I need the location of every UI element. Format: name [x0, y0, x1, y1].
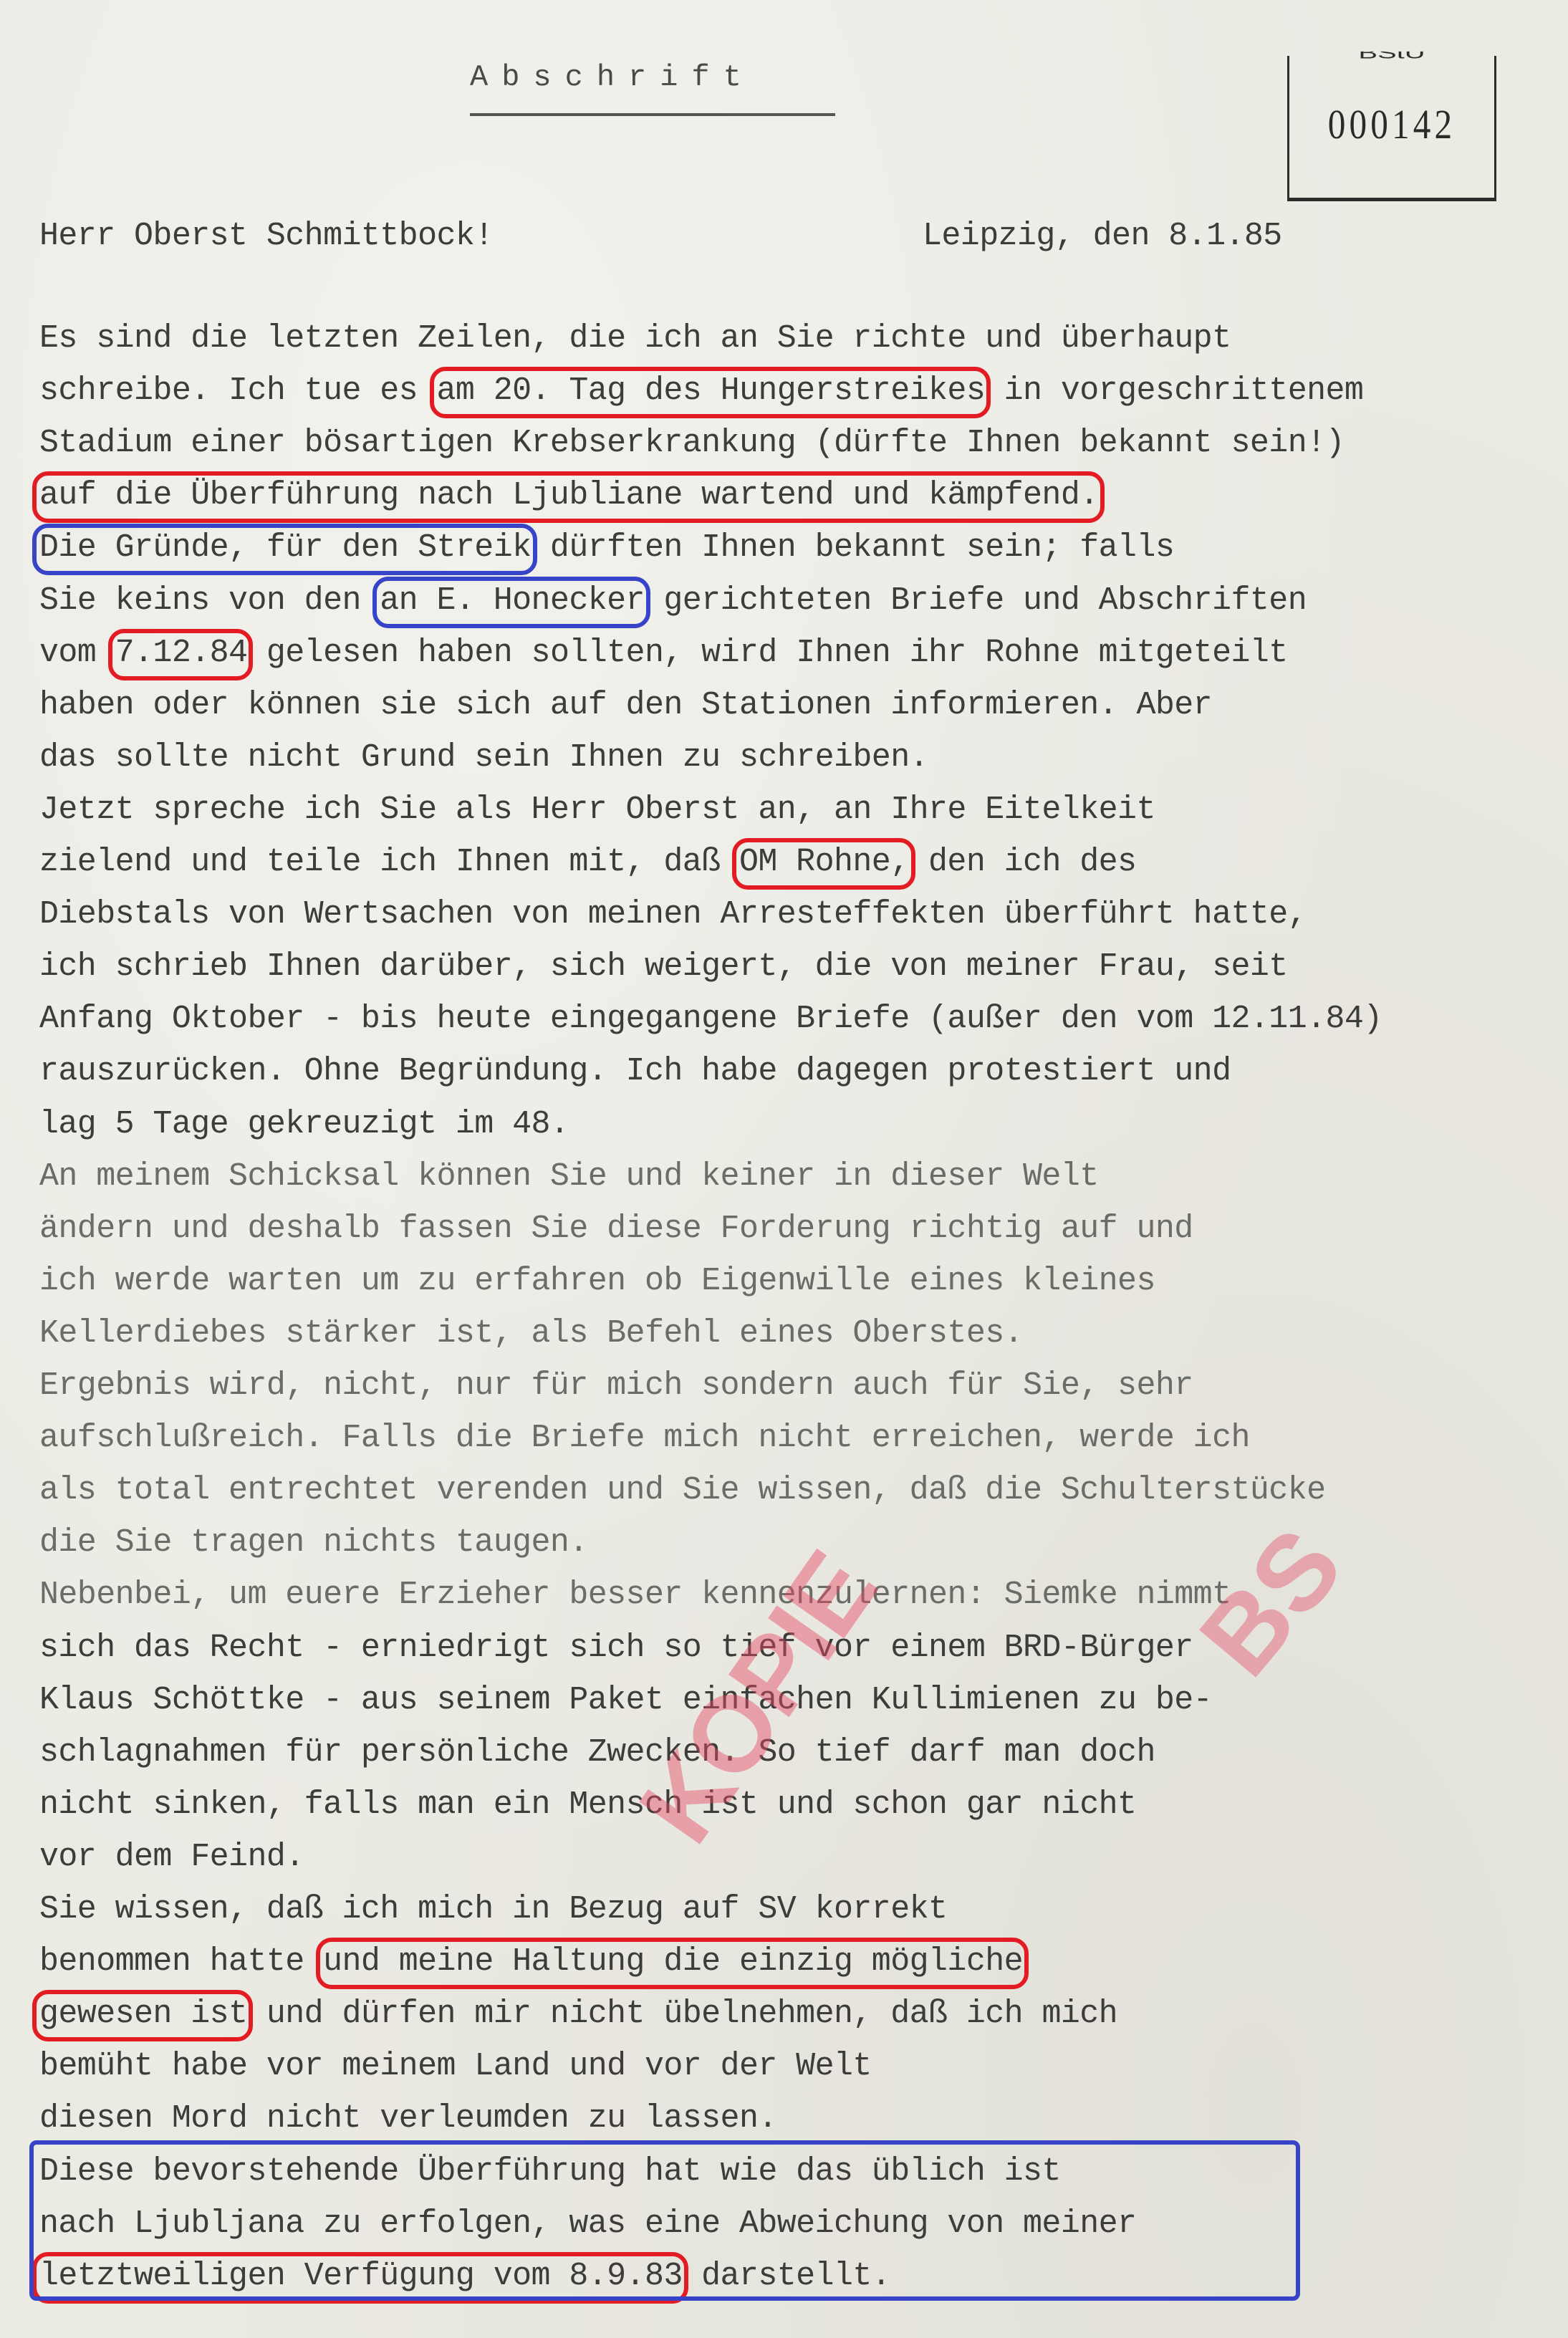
letter-line: Jetzt spreche ich Sie als Herr Oberst an… — [39, 789, 1155, 832]
line-text: aufschlußreich. Falls die Briefe mich ni… — [39, 1420, 1250, 1456]
line-text: schlagnahmen für persönliche Zwecken. So… — [39, 1734, 1155, 1771]
letter-line: rauszurücken. Ohne Begründung. Ich habe … — [39, 1050, 1231, 1093]
letter-line: ändern und deshalb fassen Sie diese Ford… — [39, 1208, 1193, 1251]
line-text: rauszurücken. Ohne Begründung. Ich habe … — [39, 1053, 1231, 1089]
line-text: zielend und teile ich Ihnen mit, daß — [39, 844, 739, 880]
letter-line: vom 7.12.84 gelesen haben sollten, wird … — [39, 632, 1288, 675]
letter-line: haben oder können sie sich auf den Stati… — [39, 684, 1212, 727]
letter-line: die Sie tragen nichts taugen. — [39, 1521, 588, 1564]
line-text: ändern und deshalb fassen Sie diese Ford… — [39, 1211, 1193, 1247]
line-text: vor dem Feind. — [39, 1839, 304, 1875]
letter-line: vor dem Feind. — [39, 1836, 304, 1879]
line-text: benommen hatte — [39, 1943, 323, 1980]
line-text: gelesen haben sollten, wird Ihnen ihr Ro… — [247, 635, 1287, 671]
letter-line: lag 5 Tage gekreuzigt im 48. — [39, 1103, 569, 1146]
line-text: und dürfen mir nicht übelnehmen, daß ich… — [247, 1996, 1117, 2032]
letter-line: Diebstals von Wertsachen von meinen Arre… — [39, 893, 1307, 936]
heading-underline — [470, 113, 835, 116]
line-text: Ergebnis wird, nicht, nur für mich sonde… — [39, 1367, 1193, 1404]
line-text: vom — [39, 635, 115, 671]
highlighted-phrase-red: und meine Haltung die einzig mögliche — [323, 1940, 1023, 1983]
highlighted-phrase-blue: Die Gründe, für den Streik — [39, 526, 532, 569]
line-text: in vorgeschrittenem — [985, 372, 1363, 409]
letter-line: nicht sinken, falls man ein Mensch ist u… — [39, 1784, 1136, 1827]
line-text: bemüht habe vor meinem Land und vor der … — [39, 2048, 872, 2084]
letter-line: Kellerdiebes stärker ist, als Befehl ein… — [39, 1312, 1023, 1355]
letter-line: benommen hatte und meine Haltung die ein… — [39, 1940, 1023, 1983]
line-text: gerichteten Briefe und Abschriften — [645, 582, 1307, 619]
highlighted-phrase-red: OM Rohne, — [739, 841, 910, 884]
line-text: Es sind die letzten Zeilen, die ich an S… — [39, 320, 1231, 357]
letter-line: Ergebnis wird, nicht, nur für mich sonde… — [39, 1365, 1193, 1408]
line-text: lag 5 Tage gekreuzigt im 48. — [39, 1106, 569, 1142]
line-text: Sie wissen, daß ich mich in Bezug auf SV… — [39, 1891, 947, 1928]
line-text: schreibe. Ich tue es — [39, 372, 437, 409]
document-page: Abschrift BStU 000142 Herr Oberst Schmit… — [0, 0, 1568, 2338]
letter-line: diesen Mord nicht verleumden zu lassen. — [39, 2097, 777, 2140]
highlighted-phrase-red: auf die Überführung nach Ljubliane warte… — [39, 474, 1099, 517]
letter-line: aufschlußreich. Falls die Briefe mich ni… — [39, 1417, 1250, 1460]
line-text: Stadium einer bösartigen Krebserkrankung… — [39, 425, 1345, 461]
archive-stamp-label: BStU — [1289, 44, 1494, 62]
letter-line: Klaus Schöttke - aus seinem Paket einfac… — [39, 1679, 1212, 1722]
letter-line: auf die Überführung nach Ljubliane warte… — [39, 474, 1099, 517]
letter-line: schlagnahmen für persönliche Zwecken. So… — [39, 1731, 1155, 1774]
line-text: Jetzt spreche ich Sie als Herr Oberst an… — [39, 792, 1155, 828]
line-text: dürften Ihnen bekannt sein; falls — [532, 529, 1175, 566]
letter-line: ich schrieb Ihnen darüber, sich weigert,… — [39, 946, 1288, 988]
salutation: Herr Oberst Schmittbock! — [39, 215, 494, 258]
line-text: das sollte nicht Grund sein Ihnen zu sch… — [39, 739, 928, 776]
line-text: Diebstals von Wertsachen von meinen Arre… — [39, 896, 1307, 933]
highlight-block-blue — [29, 2140, 1300, 2301]
line-text: diesen Mord nicht verleumden zu lassen. — [39, 2100, 777, 2137]
line-text: An meinem Schicksal können Sie und keine… — [39, 1158, 1099, 1195]
letter-line: Nebenbei, um euere Erzieher besser kenne… — [39, 1574, 1231, 1617]
letter-line: gewesen ist und dürfen mir nicht übelneh… — [39, 1993, 1117, 2036]
highlighted-phrase-red: gewesen ist — [39, 1993, 247, 2036]
line-text: Klaus Schöttke - aus seinem Paket einfac… — [39, 1682, 1212, 1718]
letter-line: Sie wissen, daß ich mich in Bezug auf SV… — [39, 1888, 947, 1931]
line-text: ich schrieb Ihnen darüber, sich weigert,… — [39, 948, 1288, 985]
line-text: die Sie tragen nichts taugen. — [39, 1524, 588, 1561]
archive-stamp-box: BStU 000142 — [1287, 56, 1496, 201]
line-text: Nebenbei, um euere Erzieher besser kenne… — [39, 1577, 1231, 1613]
copy-stamp-fragment: BS — [1175, 1505, 1366, 1699]
line-text: als total entrechtet verenden und Sie wi… — [39, 1472, 1326, 1509]
letter-line: das sollte nicht Grund sein Ihnen zu sch… — [39, 736, 928, 779]
letter-line: ich werde warten um zu erfahren ob Eigen… — [39, 1260, 1155, 1303]
highlighted-phrase-blue: an E. Honecker — [380, 579, 645, 622]
line-text: nicht sinken, falls man ein Mensch ist u… — [39, 1786, 1136, 1823]
place-date: Leipzig, den 8.1.85 — [923, 215, 1282, 258]
letter-line: Es sind die letzten Zeilen, die ich an S… — [39, 317, 1231, 360]
line-text: ich werde warten um zu erfahren ob Eigen… — [39, 1263, 1155, 1299]
line-text: Anfang Oktober - bis heute eingegangene … — [39, 1001, 1382, 1037]
letter-line: schreibe. Ich tue es am 20. Tag des Hung… — [39, 370, 1363, 413]
letter-line: sich das Recht - erniedrigt sich so tief… — [39, 1627, 1193, 1670]
highlighted-phrase-red: am 20. Tag des Hungerstreikes — [437, 370, 986, 413]
archive-page-number: 000142 — [1304, 100, 1478, 148]
letter-line: Anfang Oktober - bis heute eingegangene … — [39, 998, 1382, 1041]
letter-line: bemüht habe vor meinem Land und vor der … — [39, 2045, 872, 2088]
line-text: haben oder können sie sich auf den Stati… — [39, 687, 1212, 723]
letter-line: Die Gründe, für den Streik dürften Ihnen… — [39, 526, 1174, 569]
line-text: Sie keins von den — [39, 582, 380, 619]
document-heading: Abschrift — [470, 60, 755, 95]
line-text: Kellerdiebes stärker ist, als Befehl ein… — [39, 1315, 1023, 1352]
line-text: den ich des — [910, 844, 1137, 880]
letter-line: An meinem Schicksal können Sie und keine… — [39, 1155, 1099, 1198]
letter-line: Stadium einer bösartigen Krebserkrankung… — [39, 422, 1345, 465]
highlighted-phrase-red: 7.12.84 — [115, 632, 248, 675]
letter-line: Sie keins von den an E. Honecker gericht… — [39, 579, 1307, 622]
letter-line: zielend und teile ich Ihnen mit, daß OM … — [39, 841, 1136, 884]
line-text: sich das Recht - erniedrigt sich so tief… — [39, 1630, 1193, 1666]
letter-line: als total entrechtet verenden und Sie wi… — [39, 1469, 1326, 1512]
